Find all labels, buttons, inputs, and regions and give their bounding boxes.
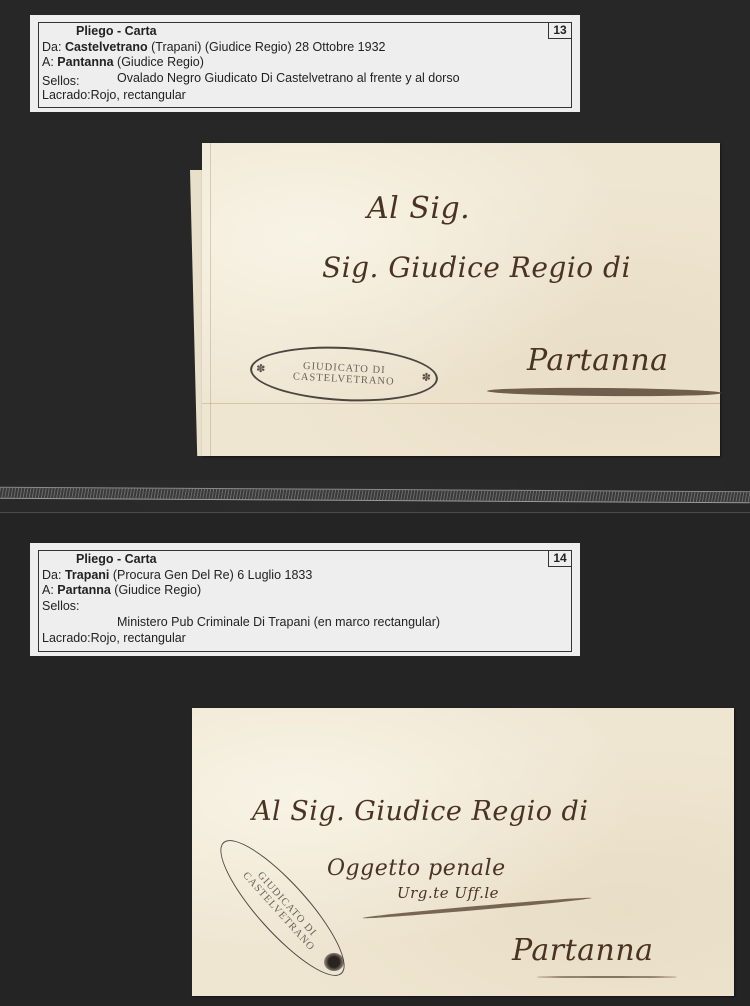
oval-postmark-castelvetrano: ✽ GIUDICATO DI CASTELVETRANO ✽	[249, 342, 440, 406]
ink-flourish	[537, 976, 677, 978]
letter-cover-13: Al Sig. Sig. Giudice Regio di Partanna ✽…	[202, 143, 720, 456]
description-label-13: 13 Pliego - Carta Da: Castelvetrano (Tra…	[30, 15, 580, 112]
destination-line: A: Pantanna (Giudice Regio)	[42, 55, 568, 71]
handwritten-address-line-2: Sig. Giudice Regio di	[322, 251, 631, 284]
ink-underline-stroke	[487, 387, 722, 397]
item-number: 13	[548, 22, 572, 39]
handwritten-town-name: Partanna	[527, 343, 669, 378]
handwritten-urgency-note: Urg.te Uff.le	[397, 884, 499, 902]
handwritten-town-name: Partanna	[512, 933, 654, 968]
ornament-icon: ✽	[421, 373, 432, 385]
stamps-value: Ovalado Negro Giudicato Di Castelvetrano…	[117, 71, 460, 87]
label-frame: 13 Pliego - Carta Da: Castelvetrano (Tra…	[38, 22, 572, 108]
item-type-title: Pliego - Carta	[42, 552, 568, 568]
item-number: 14	[548, 550, 572, 567]
letter-cover-14: Al Sig. Giudice Regio di Oggetto penale …	[192, 708, 734, 996]
destination-line: A: Partanna (Giudice Regio)	[42, 583, 568, 599]
ink-blot	[324, 953, 344, 971]
origin-place: Castelvetrano	[65, 40, 148, 54]
stamps-line: Sellos: Ovalado Negro Giudicato Di Caste…	[42, 71, 568, 87]
origin-detail: (Procura Gen Del Re) 6 Luglio 1833	[113, 568, 312, 582]
origin-place: Trapani	[65, 568, 109, 582]
description-label-14: 14 Pliego - Carta Da: Trapani (Procura G…	[30, 543, 580, 656]
seal-line: Lacrado:Rojo, rectangular	[42, 88, 568, 104]
stamps-value: Ministero Pub Criminale Di Trapani (en m…	[42, 615, 568, 631]
item-type-title: Pliego - Carta	[42, 24, 568, 40]
handwritten-address-line-1: Al Sig. Giudice Regio di	[252, 796, 588, 827]
handwritten-address-line-1: Al Sig.	[367, 191, 470, 226]
label-frame: 14 Pliego - Carta Da: Trapani (Procura G…	[38, 550, 572, 652]
seal-line: Lacrado:Rojo, rectangular	[42, 631, 568, 647]
origin-line: Da: Castelvetrano (Trapani) (Giudice Reg…	[42, 40, 568, 56]
origin-line: Da: Trapani (Procura Gen Del Re) 6 Lugli…	[42, 568, 568, 584]
destination-detail: (Giudice Regio)	[114, 583, 201, 597]
ornament-icon: ✽	[256, 364, 267, 376]
destination-detail: (Giudice Regio)	[117, 55, 204, 69]
handwritten-subject-line: Oggetto penale	[327, 856, 506, 881]
album-strip-separator	[0, 487, 750, 504]
destination-place: Pantanna	[57, 55, 113, 69]
origin-detail: (Trapani) (Giudice Regio) 28 Ottobre 193…	[151, 40, 385, 54]
destination-place: Partanna	[57, 583, 111, 597]
stamps-label: Sellos:	[42, 599, 568, 615]
